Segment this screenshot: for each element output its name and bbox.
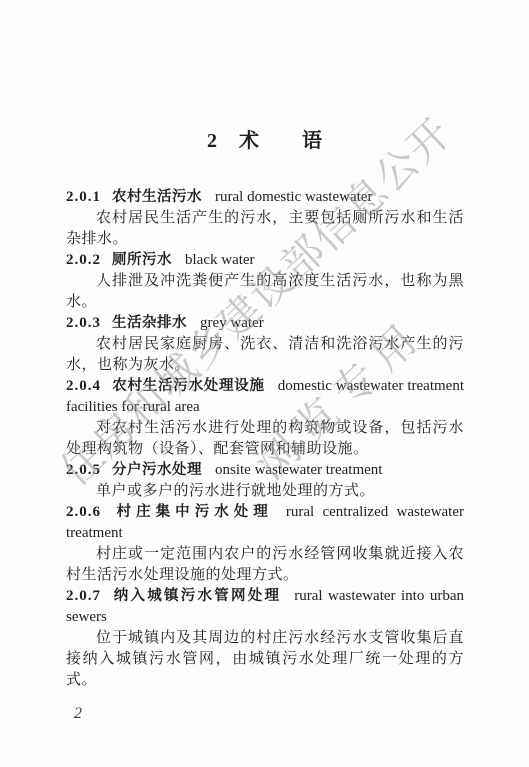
term-definition: 单户或多户的污水进行就地处理的方式。: [66, 481, 464, 502]
term-name-zh: 生活杂排水: [112, 315, 187, 331]
term-number: 2.0.7: [66, 588, 101, 604]
term-heading: 2.0.1农村生活污水rural domestic wastewater: [66, 187, 464, 208]
term-name-zh: 纳入城镇污水管网处理: [112, 588, 281, 604]
term-definition: 位于城镇内及其周边的村庄污水经污水支管收集后直接纳入城镇污水管网，由城镇污水处理…: [66, 628, 464, 691]
term-section: 2.0.6村庄集中污水处理rural centralized wastewate…: [66, 502, 464, 586]
term-section: 2.0.4农村生活污水处理设施domestic wastewater treat…: [66, 376, 464, 460]
term-number: 2.0.2: [66, 252, 101, 268]
term-name-zh: 农村生活污水处理设施: [112, 378, 265, 394]
term-name-zh: 村庄集中污水处理: [112, 504, 273, 520]
term-section: 2.0.1农村生活污水rural domestic wastewater 农村居…: [66, 187, 464, 250]
term-heading: 2.0.5分户污水处理onsite wastewater treatment: [66, 460, 464, 481]
term-number: 2.0.4: [66, 378, 101, 394]
page-content: 2 术 语 2.0.1农村生活污水rural domestic wastewat…: [66, 124, 464, 691]
term-definition: 对农村生活污水进行处理的构筑物或设备，包括污水处理构筑物（设备）、配套管网和辅助…: [66, 418, 464, 460]
term-heading: 2.0.3生活杂排水grey water: [66, 313, 464, 334]
term-section: 2.0.7纳入城镇污水管网处理rural wastewater into urb…: [66, 586, 464, 691]
term-section: 2.0.5分户污水处理onsite wastewater treatment 单…: [66, 460, 464, 502]
term-heading: 2.0.6村庄集中污水处理rural centralized wastewate…: [66, 502, 464, 544]
term-name-en: black water: [185, 252, 255, 268]
term-name-zh: 农村生活污水: [112, 189, 202, 205]
term-name-zh: 厕所污水: [112, 252, 172, 268]
term-number: 2.0.5: [66, 462, 101, 478]
term-heading: 2.0.4农村生活污水处理设施domestic wastewater treat…: [66, 376, 464, 418]
term-name-en: onsite wastewater treatment: [215, 462, 382, 478]
term-section: 2.0.3生活杂排水grey water 农村居民家庭厨房、洗衣、清洁和洗浴污水…: [66, 313, 464, 376]
term-name-en: grey water: [200, 315, 264, 331]
term-definition: 村庄或一定范围内农户的污水经管网收集就近接入农村生活污水处理设施的处理方式。: [66, 544, 464, 586]
page-number: 2: [74, 705, 82, 723]
term-number: 2.0.1: [66, 189, 101, 205]
term-heading: 2.0.2厕所污水black water: [66, 250, 464, 271]
document-page: 住房和城乡建设部信息公开 浏览专用 2 术 语 2.0.1农村生活污水rural…: [0, 0, 529, 767]
term-definition: 农村居民生活产生的污水，主要包括厕所污水和生活杂排水。: [66, 208, 464, 250]
term-heading: 2.0.7纳入城镇污水管网处理rural wastewater into urb…: [66, 586, 464, 628]
term-number: 2.0.6: [66, 504, 101, 520]
term-section: 2.0.2厕所污水black water 人排泄及冲洗粪便产生的高浓度生活污水，…: [66, 250, 464, 313]
term-name-en: rural domestic wastewater: [215, 189, 372, 205]
term-definition: 农村居民家庭厨房、洗衣、清洁和洗浴污水产生的污水，也称为灰水。: [66, 334, 464, 376]
chapter-title: 2 术 语: [66, 124, 464, 153]
term-number: 2.0.3: [66, 315, 101, 331]
term-definition: 人排泄及冲洗粪便产生的高浓度生活污水，也称为黑水。: [66, 271, 464, 313]
terms-list: 2.0.1农村生活污水rural domestic wastewater 农村居…: [66, 187, 464, 691]
term-name-zh: 分户污水处理: [112, 462, 202, 478]
